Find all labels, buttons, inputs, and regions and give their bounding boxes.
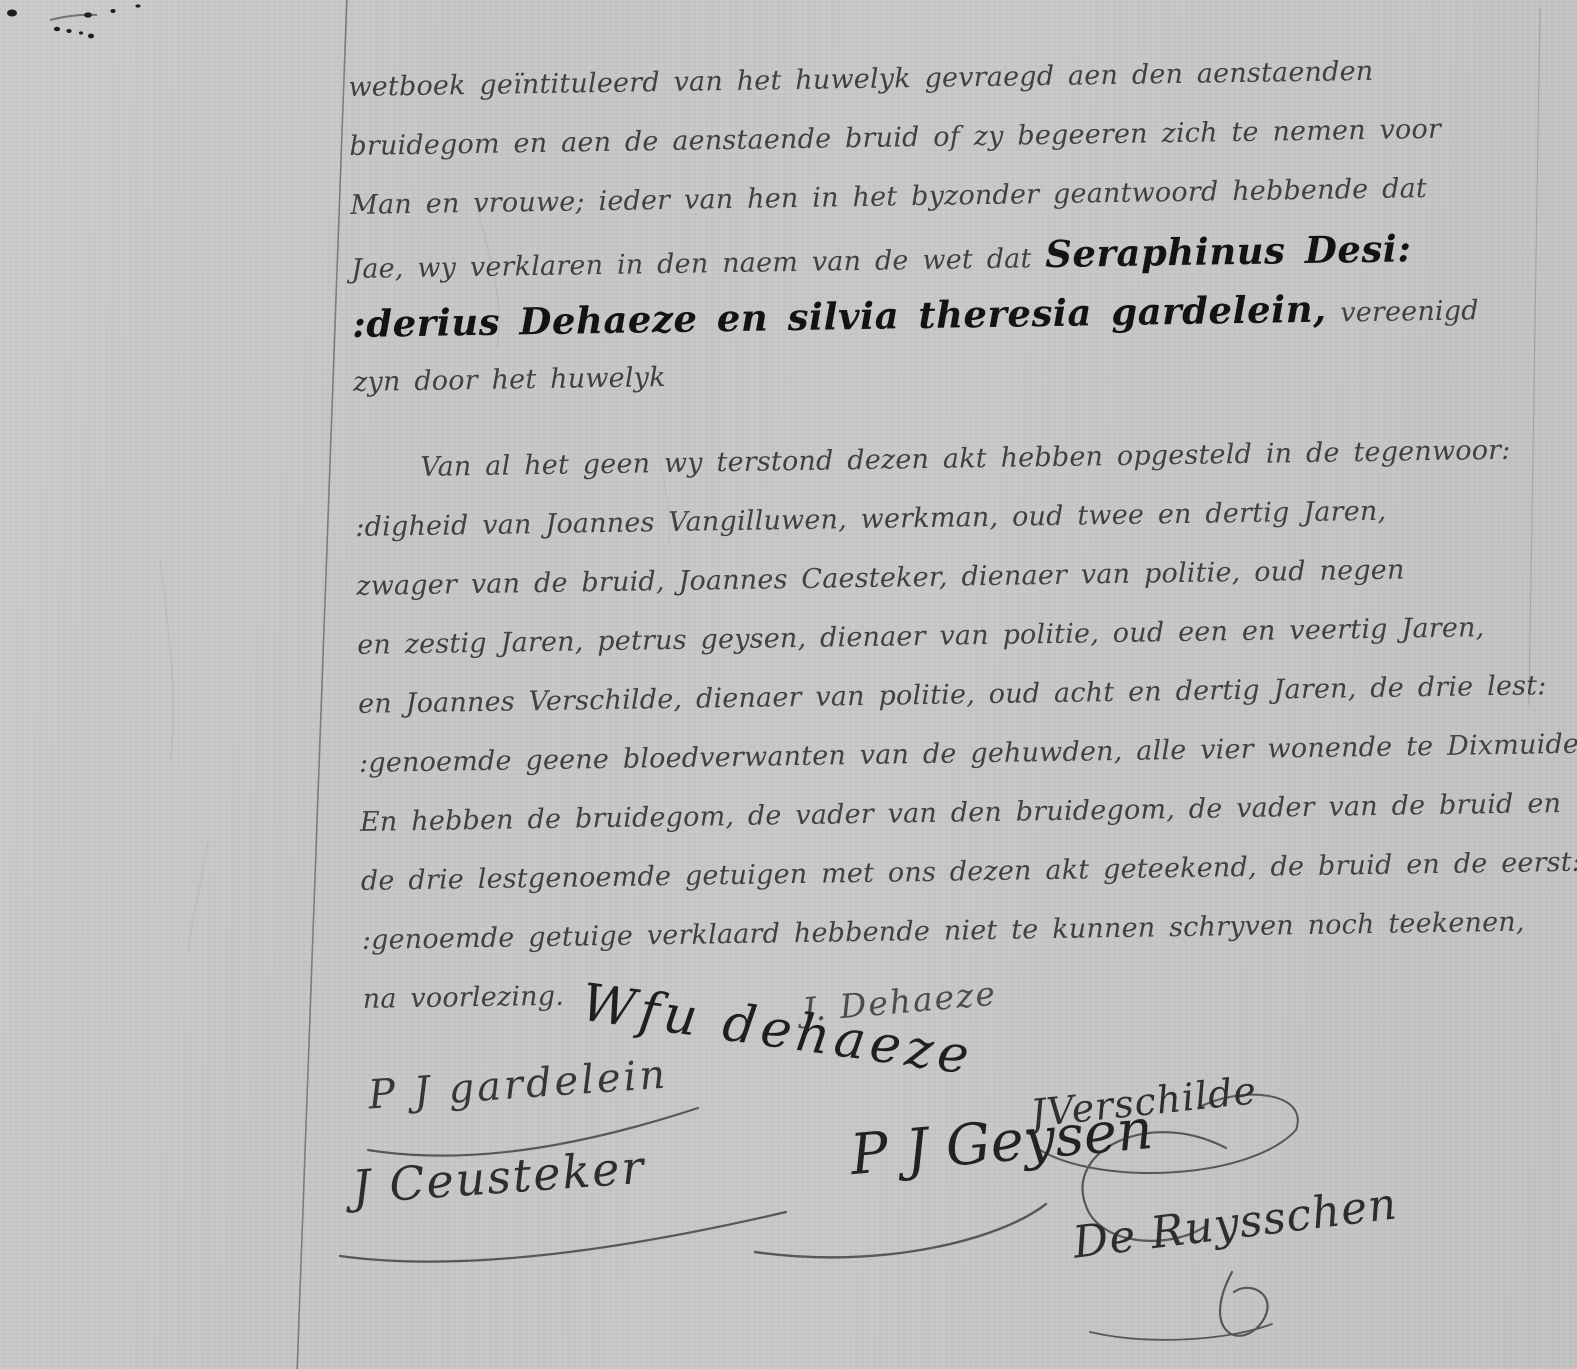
line-text: :genoemde getuige verklaard hebbende nie…	[362, 907, 1525, 956]
act-text-block: wetboek geïntituleerd van het huwelyk ge…	[348, 41, 1577, 1031]
line-text: :genoemde geene bloedverwanten van de ge…	[359, 729, 1577, 779]
groom-name-bold: Seraphinus Desi:	[1045, 226, 1412, 276]
line-text: zyn door het huwelyk	[353, 362, 666, 398]
line-text: Van al het geen wy terstond dezen akt he…	[420, 435, 1511, 483]
line-text: en zestig Jaren, petrus geysen, dienaer …	[357, 612, 1485, 661]
line-text: Jae, wy verklaren in den naem van de wet…	[351, 243, 1045, 285]
line-text: wetboek geïntituleerd van het huwelyk ge…	[348, 56, 1373, 103]
line-text: Man en vrouwe; ieder van hen in het byzo…	[350, 173, 1427, 221]
line-text: En hebben de bruidegom, de vader van den…	[360, 788, 1562, 838]
line-text: zwager van de bruid, Joannes Caesteker, …	[356, 554, 1405, 601]
couple-names-bold: :derius Dehaeze en silvia theresia garde…	[352, 287, 1327, 346]
line-text: na voorlezing.	[363, 981, 565, 1015]
margin-rule-left	[297, 0, 347, 1369]
line-text: :digheid van Joannes Vangilluwen, werkma…	[355, 496, 1386, 543]
ink-specks	[7, 4, 141, 38]
line-text: vereenigd	[1326, 295, 1479, 328]
line-text: bruidegom en aen de aenstaende bruid of …	[349, 114, 1441, 162]
scanned-document-page: wetboek geïntituleerd van het huwelyk ge…	[0, 0, 1577, 1369]
line-text: en Joannes Verschilde, dienaer van polit…	[358, 670, 1547, 720]
line-text: de drie lestgenoemde getuigen met ons de…	[361, 847, 1577, 897]
